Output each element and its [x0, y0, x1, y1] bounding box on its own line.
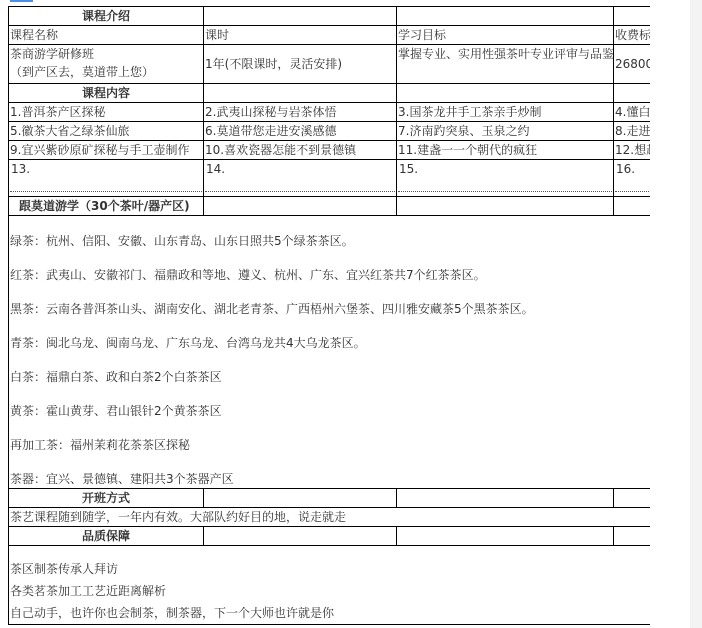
- list-item: 绿茶：杭州、信阳、安徽、山东青岛、山东日照共5个绿茶茶区。: [10, 232, 650, 250]
- header-goal: 学习目标: [397, 26, 614, 45]
- scrollbar-track[interactable]: [690, 0, 702, 628]
- course-name-cell: 茶商游学研修班 （到产区去，莫道带上您）: [9, 45, 204, 84]
- list-item: 红茶：武夷山、安徽祁门、福鼎政和等地、遵义、杭州、广东、宜兴红茶共7个红茶茶区。: [10, 266, 650, 284]
- section-header-row: 品质保障: [9, 527, 651, 546]
- content-item-cell: 14.: [204, 160, 397, 197]
- content-item: 11.建盏一一个朝代的疯狂: [397, 141, 614, 160]
- list-item: 黄茶：霍山黄芽、君山银针2个黄茶茶区: [10, 402, 650, 420]
- header-duration: 课时: [204, 26, 397, 45]
- content-item: 13.: [10, 160, 202, 192]
- list-item: 再加工茶：福州茉莉花茶茶区探秘: [10, 436, 650, 454]
- course-goal: 掌握专业、实用性强茶叶专业评审与品鉴，到产区零距离了解茶叶加工工艺。: [397, 45, 614, 84]
- course-table: 课程介绍 课程名称 课时 学习目标 收费标准 茶商游学研修班 （到产区去，莫道带…: [8, 6, 650, 625]
- table-row: 1.普洱茶产区探秘 2.武夷山探秘与岩茶体悟 3.国茶龙井手工茶亲手炒制 4.懂…: [9, 103, 651, 122]
- list-item: 茶器：宜兴、景德镇、建阳共3个茶器产区: [10, 470, 650, 488]
- section-header-row: 开班方式: [9, 489, 651, 508]
- list-item: 自己动手，也许你也会制茶，制茶器，下一个大师也许就是你: [10, 604, 650, 622]
- content-item: 15.: [398, 160, 612, 192]
- content-item: 9.宜兴紫砂原矿探秘与手工壶制作: [9, 141, 204, 160]
- table-row: 13. 14. 15. 16.: [9, 160, 651, 197]
- content-item: 14.: [205, 160, 395, 192]
- content-item: 2.武夷山探秘与岩茶体悟: [204, 103, 397, 122]
- section-title-course-intro: 课程介绍: [9, 7, 204, 26]
- content-item: 10.喜欢瓷器怎能不到景德镇: [204, 141, 397, 160]
- section-header-row: 课程介绍: [9, 7, 651, 26]
- content-item: 1.普洱茶产区探秘: [9, 103, 204, 122]
- table-row: 9.宜兴紫砂原矿探秘与手工壶制作 10.喜欢瓷器怎能不到景德镇 11.建盏一一个…: [9, 141, 651, 160]
- content-item-cell: 13.: [9, 160, 204, 197]
- class-mode-text: 茶艺课程随到随学，一年内有效。大部队约好目的地，说走就走: [9, 508, 651, 527]
- document-viewport[interactable]: 课程介绍 课程名称 课时 学习目标 收费标准 茶商游学研修班 （到产区去，莫道带…: [8, 6, 650, 628]
- content-item-cell: 15.: [397, 160, 614, 197]
- section-title-course-content: 课程内容: [9, 84, 204, 103]
- class-mode-row: 茶艺课程随到随学，一年内有效。大部队约好目的地，说走就走: [9, 508, 651, 527]
- section-title-class-mode: 开班方式: [9, 489, 204, 508]
- course-subtitle: （到产区去，莫道带上您）: [10, 63, 202, 81]
- section-title-quality: 品质保障: [9, 527, 204, 546]
- content-item: 5.徽茶大省之绿茶仙旅: [9, 122, 204, 141]
- table-row: 5.徽茶大省之绿茶仙旅 6.莫道带您走进安溪感德 7.济南趵突泉、玉泉之约 8.…: [9, 122, 651, 141]
- content-item: 4.懂白茶: [614, 103, 651, 122]
- list-item: 各类茗茶加工工艺近距离解析: [10, 582, 650, 600]
- section-header-row: 课程内容: [9, 84, 651, 103]
- table-row: 茶商游学研修班 （到产区去，莫道带上您） 1年(不限课时，灵活安排) 掌握专业、…: [9, 45, 651, 84]
- quality-list: 茶区制茶传承人拜访 各类茗茶加工工艺近距离解析 自己动手，也许你也会制茶，制茶器…: [9, 546, 651, 625]
- content-item: 6.莫道带您走进安溪感德: [204, 122, 397, 141]
- content-item: 16.: [615, 160, 650, 192]
- list-item: 白茶：福鼎白茶、政和白茶2个白茶茶区: [10, 368, 650, 386]
- header-course-name: 课程名称: [9, 26, 204, 45]
- study-tour-list: 绿茶：杭州、信阳、安徽、山东青岛、山东日照共5个绿茶茶区。 红茶：武夷山、安徽祁…: [9, 216, 651, 489]
- list-item: 茶区制茶传承人拜访: [10, 560, 650, 578]
- content-item: 7.济南趵突泉、玉泉之约: [397, 122, 614, 141]
- content-item: 12.想起: [614, 141, 651, 160]
- study-tour-body-row: 绿茶：杭州、信阳、安徽、山东青岛、山东日照共5个绿茶茶区。 红茶：武夷山、安徽祁…: [9, 216, 651, 489]
- list-item: 青茶：闽北乌龙、闽南乌龙、广东乌龙、台湾乌龙共4大乌龙茶区。: [10, 334, 650, 352]
- header-fee: 收费标准: [614, 26, 651, 45]
- course-fee: 26800: [614, 45, 651, 84]
- content-item: 3.国茶龙井手工茶亲手炒制: [397, 103, 614, 122]
- content-item: 8.走进: [614, 122, 651, 141]
- course-duration: 1年(不限课时，灵活安排): [204, 45, 397, 84]
- section-title-study-tour: 跟莫道游学（30个茶叶/器产区): [9, 197, 204, 216]
- table-header-row: 课程名称 课时 学习目标 收费标准: [9, 26, 651, 45]
- top-accent-bar: [10, 0, 33, 2]
- quality-body-row: 茶区制茶传承人拜访 各类茗茶加工工艺近距离解析 自己动手，也许你也会制茶，制茶器…: [9, 546, 651, 625]
- content-item-cell: 16.: [614, 160, 651, 197]
- list-item: 黑茶：云南各普洱茶山头、湖南安化、湖北老青茶、广西梧州六堡茶、四川雅安藏茶5个黑…: [10, 300, 650, 318]
- section-header-row: 跟莫道游学（30个茶叶/器产区): [9, 197, 651, 216]
- course-name: 茶商游学研修班: [10, 45, 202, 63]
